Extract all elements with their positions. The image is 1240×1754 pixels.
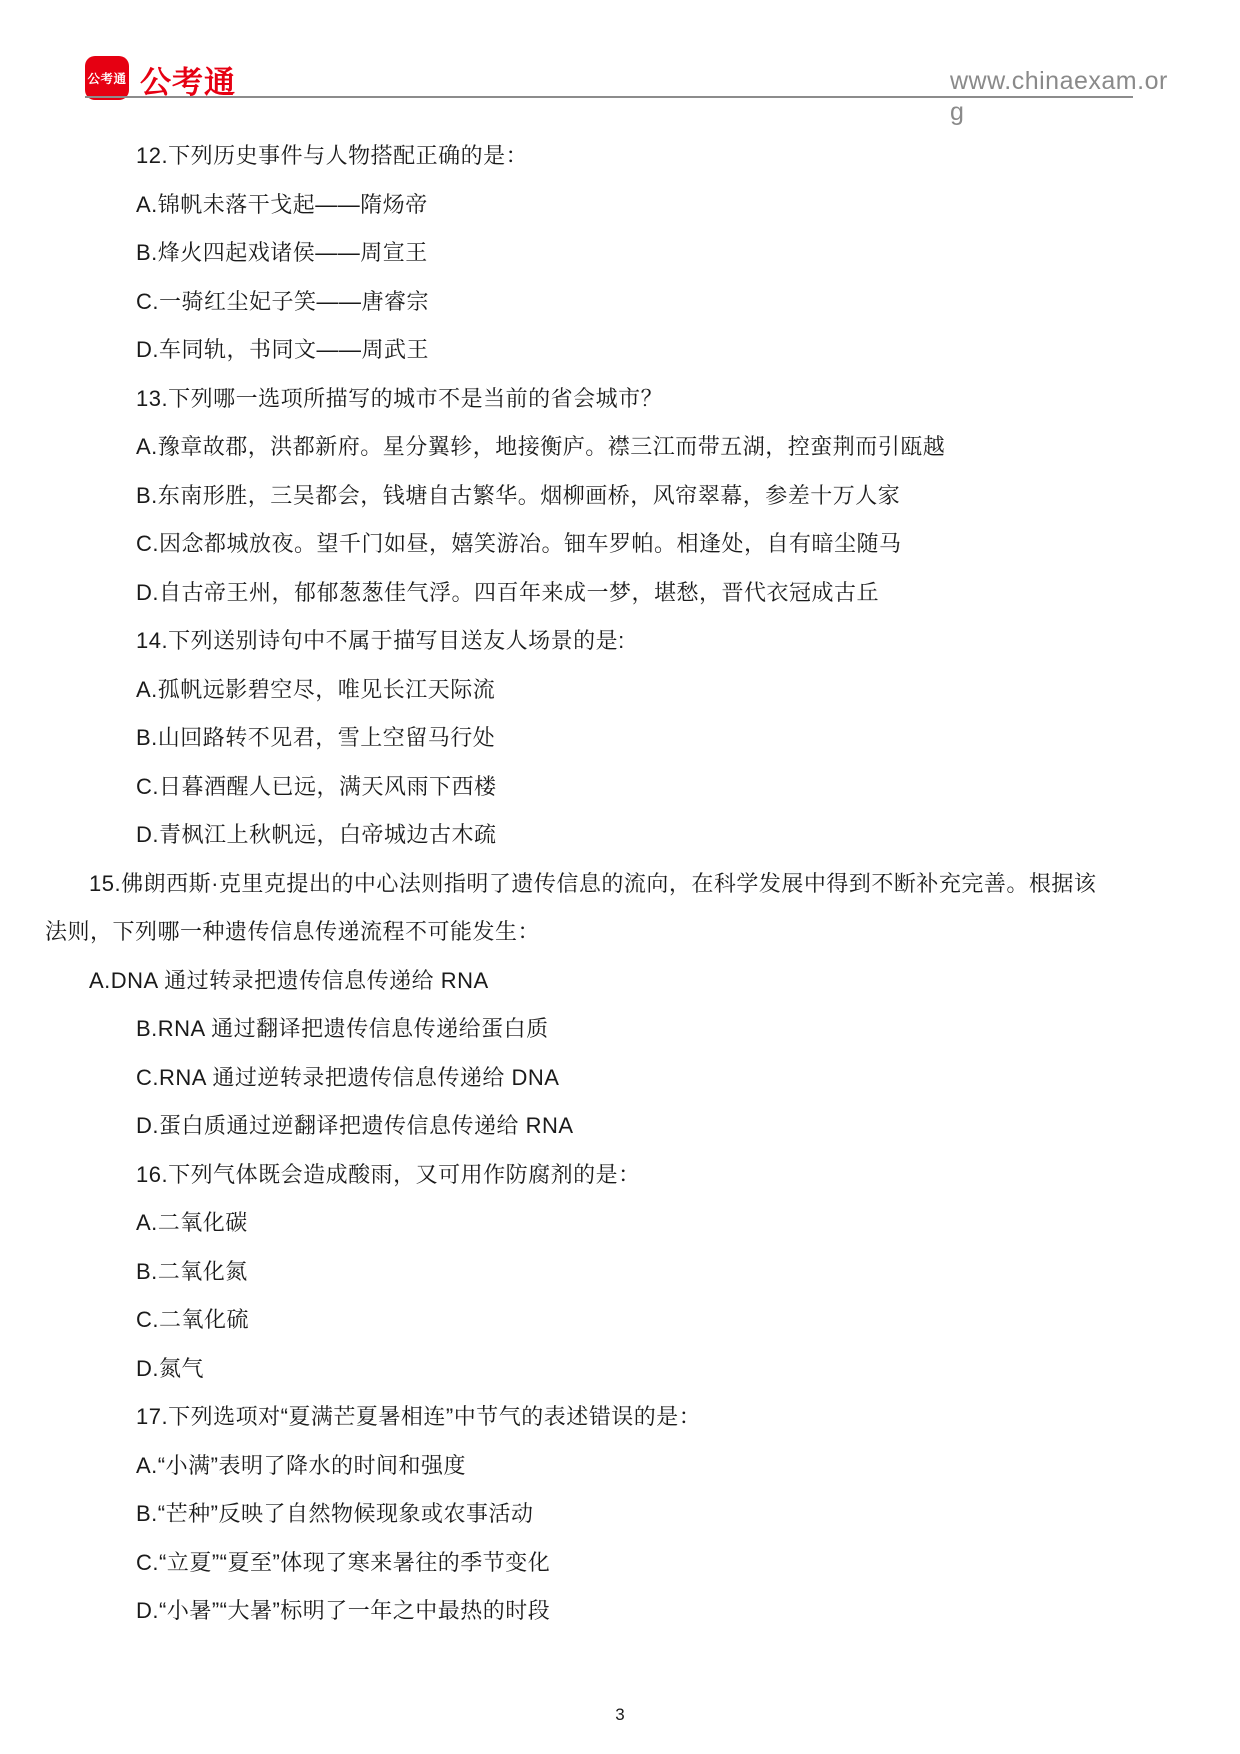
question-13-option-b: B.东南形胜，三吴都会，钱塘自古繁华。烟柳画桥，风帘翠幕，参差十万人家 — [45, 483, 1195, 532]
question-12-option-c: C.一骑红尘妃子笑——唐睿宗 — [45, 289, 1195, 338]
site-url-line1: www.chinaexam.or — [950, 66, 1178, 97]
question-17-option-c: C.“立夏”“夏至”体现了寒来暑往的季节变化 — [45, 1550, 1195, 1599]
question-14-stem: 14.下列送别诗句中不属于描写目送友人场景的是: — [45, 628, 1195, 677]
question-14-option-c: C.日暮酒醒人已远，满天风雨下西楼 — [45, 774, 1195, 823]
question-12-stem: 12.下列历史事件与人物搭配正确的是： — [45, 143, 1195, 192]
question-13-option-d: D.自古帝王州，郁郁葱葱佳气浮。四百年来成一梦，堪愁，晋代衣冠成古丘 — [45, 580, 1195, 629]
exam-page: 公考通 公考通 www.chinaexam.or g 12.下列历史事件与人物搭… — [0, 0, 1240, 1754]
question-14-option-d: D.青枫江上秋帆远，白帝城边古木疏 — [45, 822, 1195, 871]
gongkaotong-logo-icon: 公考通 — [85, 56, 129, 100]
question-13-option-c: C.因念都城放夜。望千门如昼，嬉笑游冶。钿车罗帕。相逢处，自有暗尘随马 — [45, 531, 1195, 580]
question-16-option-b: B.二氧化氮 — [45, 1259, 1195, 1308]
question-13-stem: 13.下列哪一选项所描写的城市不是当前的省会城市？ — [45, 386, 1195, 435]
question-17-option-b: B.“芒种”反映了自然物候现象或农事活动 — [45, 1501, 1195, 1550]
question-15-stem-line2: 法则，下列哪一种遗传信息传递流程不可能发生： — [45, 919, 1195, 968]
page-number: 3 — [0, 1705, 1240, 1725]
question-17-option-a: A.“小满”表明了降水的时间和强度 — [45, 1453, 1195, 1502]
question-12-option-b: B.烽火四起戏诸侯——周宣王 — [45, 240, 1195, 289]
question-16-option-c: C.二氧化硫 — [45, 1307, 1195, 1356]
question-15-option-a: A.DNA 通过转录把遗传信息传递给 RNA — [45, 968, 1195, 1017]
question-16-stem: 16.下列气体既会造成酸雨，又可用作防腐剂的是： — [45, 1162, 1195, 1211]
site-url: www.chinaexam.or g — [950, 66, 1178, 128]
question-16-option-a: A.二氧化碳 — [45, 1210, 1195, 1259]
question-14-option-b: B.山回路转不见君，雪上空留马行处 — [45, 725, 1195, 774]
question-16-option-d: D.氮气 — [45, 1356, 1195, 1405]
logo-icon-text: 公考通 — [87, 69, 126, 87]
question-15-option-d: D.蛋白质通过逆翻译把遗传信息传递给 RNA — [45, 1113, 1195, 1162]
question-12-option-d: D.车同轨，书同文——周武王 — [45, 337, 1195, 386]
question-17-stem: 17.下列选项对“夏满芒夏暑相连”中节气的表述错误的是： — [45, 1404, 1195, 1453]
question-15-option-b: B.RNA 通过翻译把遗传信息传递给蛋白质 — [45, 1016, 1195, 1065]
question-15-stem-line1: 15.佛朗西斯·克里克提出的中心法则指明了遗传信息的流向，在科学发展中得到不断补… — [45, 871, 1195, 920]
question-list: 12.下列历史事件与人物搭配正确的是： A.锦帆未落干戈起——隋炀帝 B.烽火四… — [45, 143, 1195, 1647]
question-14-option-a: A.孤帆远影碧空尽，唯见长江天际流 — [45, 677, 1195, 726]
question-15-option-c: C.RNA 通过逆转录把遗传信息传递给 DNA — [45, 1065, 1195, 1114]
question-13-option-a: A.豫章故郡，洪都新府。星分翼轸，地接衡庐。襟三江而带五湖，控蛮荆而引瓯越 — [45, 434, 1195, 483]
site-url-line2: g — [950, 97, 1178, 128]
question-17-option-d: D.“小暑”“大暑”标明了一年之中最热的时段 — [45, 1598, 1195, 1647]
question-12-option-a: A.锦帆未落干戈起——隋炀帝 — [45, 192, 1195, 241]
